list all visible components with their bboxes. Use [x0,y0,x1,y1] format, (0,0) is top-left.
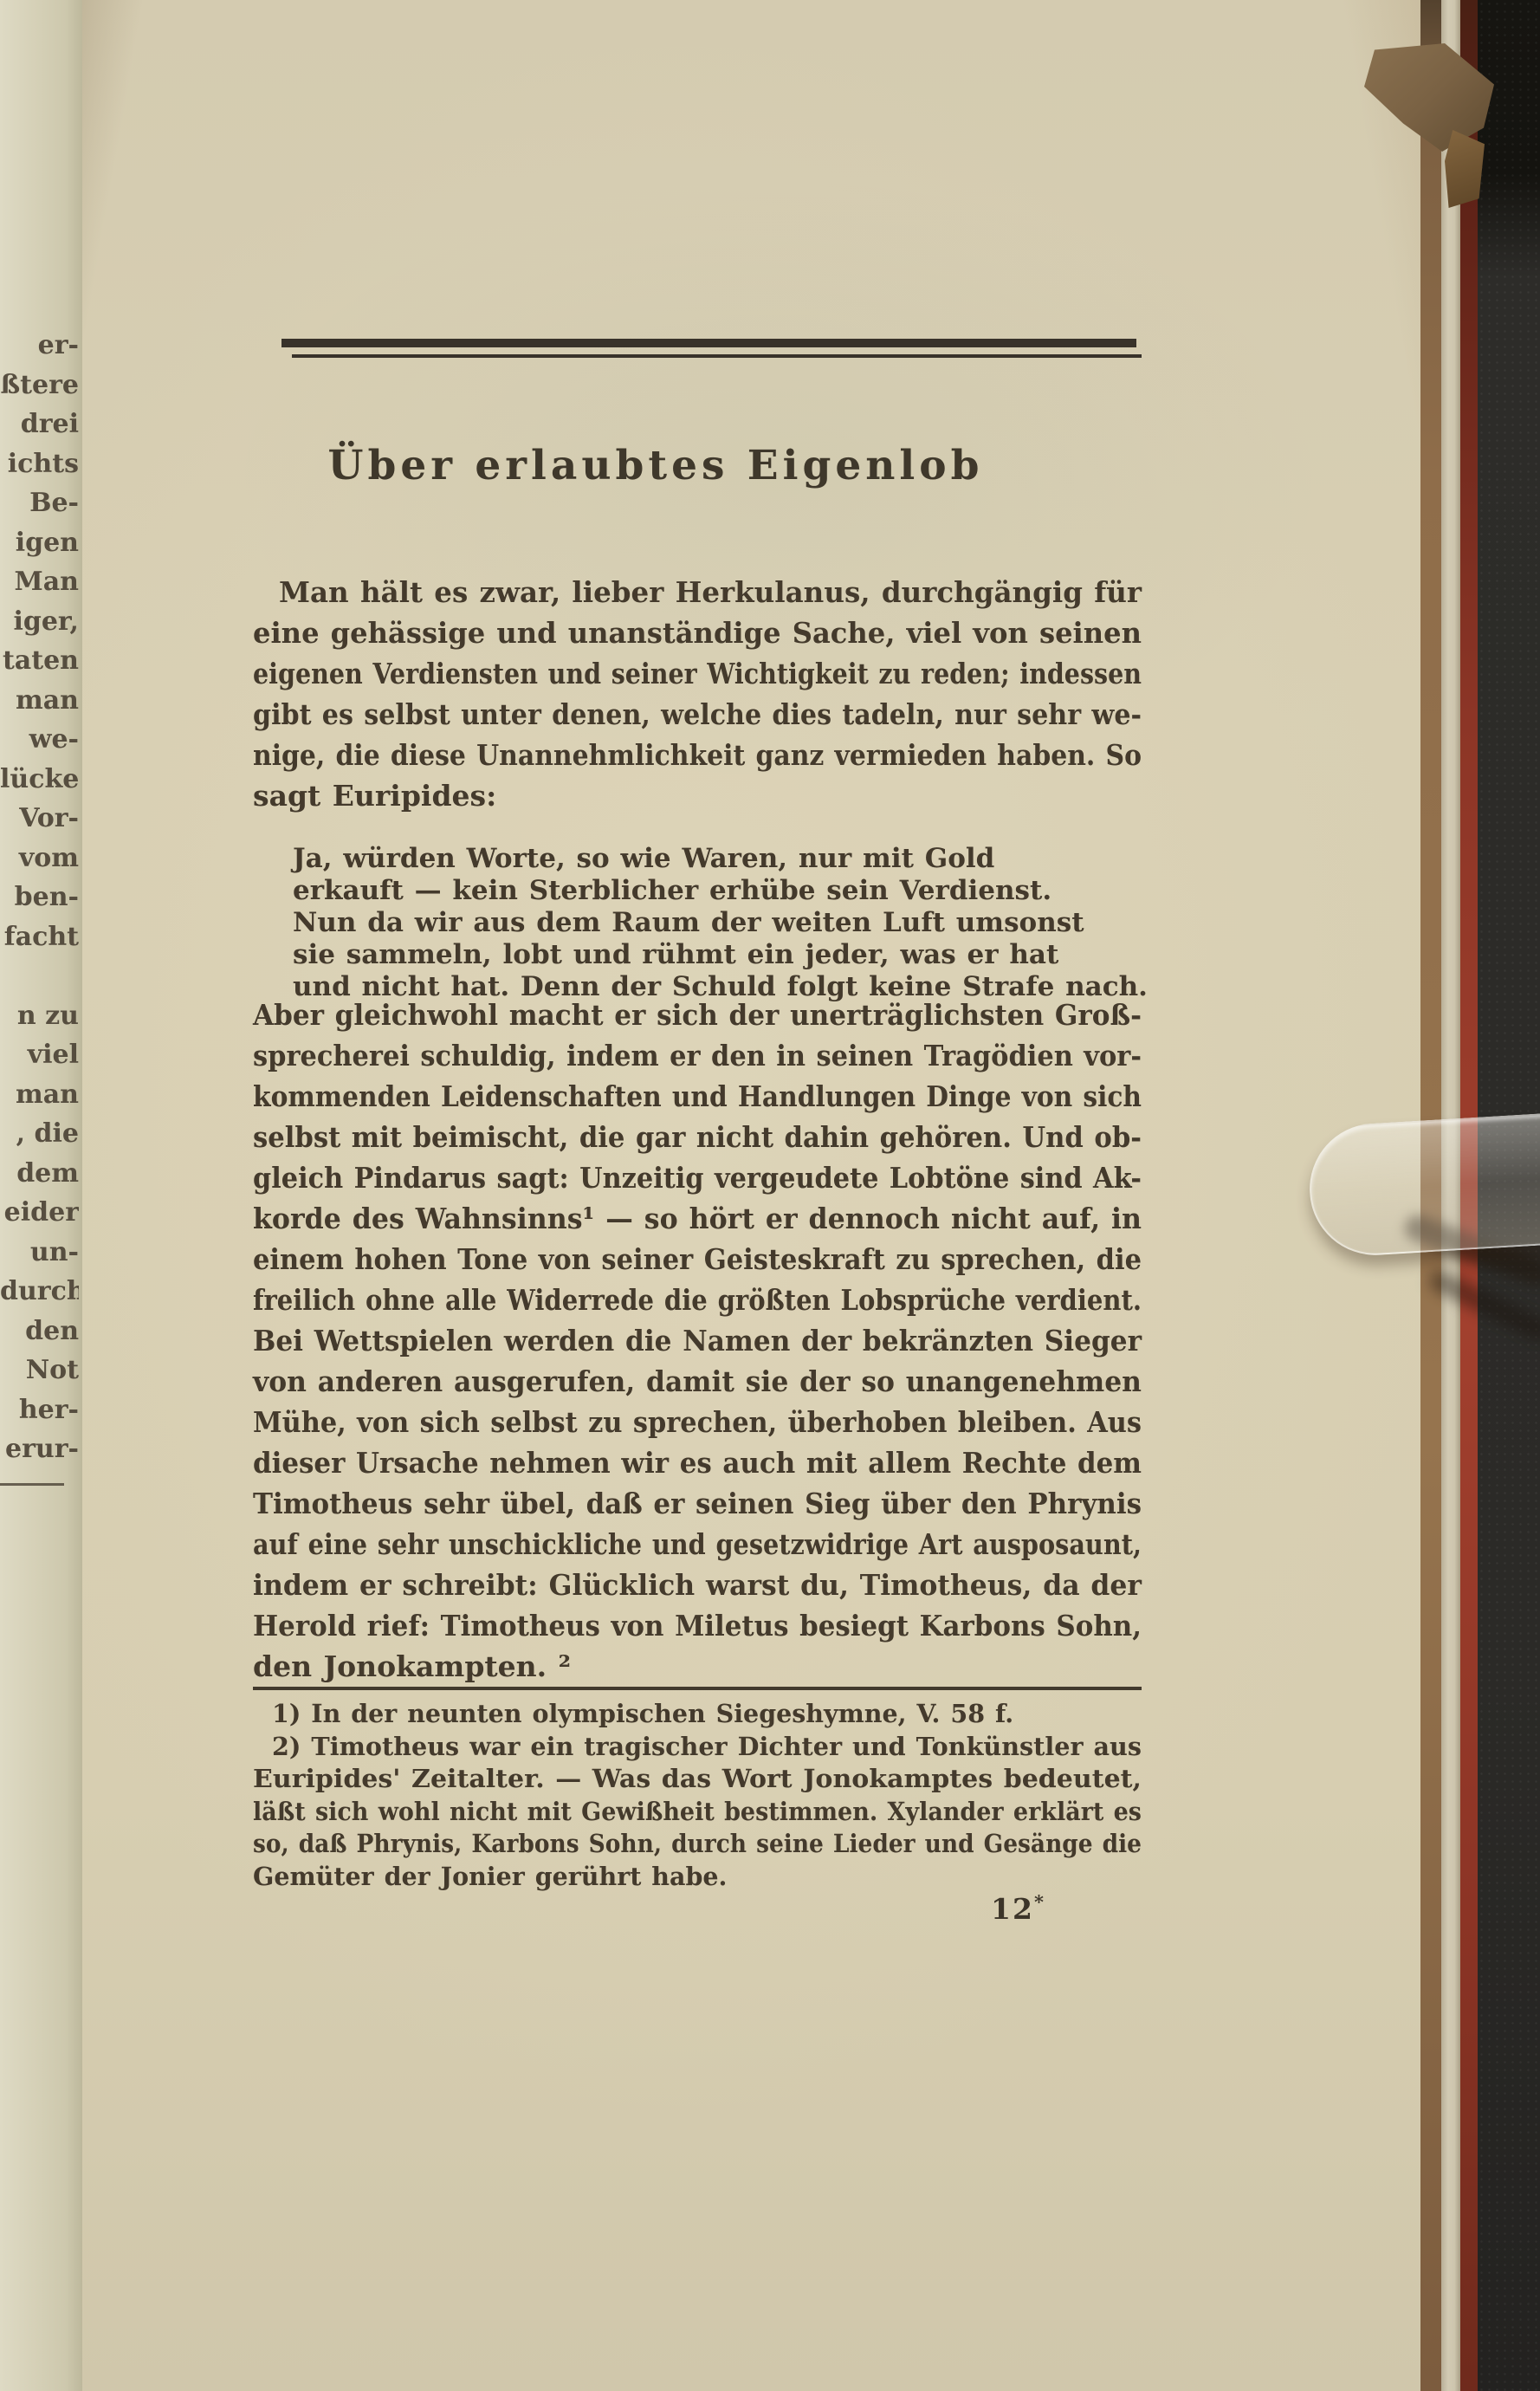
text-fragment: Man [0,562,79,602]
text-fragment: igen [0,523,79,563]
text-fragment: den [0,1312,79,1351]
text-line: 2) Timotheus war ein tragischer Dichter … [253,1731,1142,1764]
text-fragment: her- [0,1390,79,1430]
text-line: 1) In der neunten olympischen Siegeshymn… [253,1698,1142,1731]
text-line: Euripides' Zeitalter. — Was das Wort Jon… [253,1763,1142,1796]
text-fragment [0,956,79,996]
text-line: eine gehässige und unanständige Sache, v… [253,612,1142,653]
text-line: den Jonokampten. ² [253,1646,1142,1687]
text-fragment: , die [0,1114,79,1154]
text-line: Bei Wettspielen werden die Namen der bek… [253,1320,1142,1361]
signature-mark: 12* [991,1891,1045,1926]
verse-line: Ja, würden Worte, so wie Waren, nur mit … [253,843,1142,875]
text-fragment: we- [0,720,79,760]
text-fragment: erur- [0,1429,79,1469]
text-fragment: Not [0,1351,79,1390]
text-line: kommenden Leidenschaften und Handlungen … [253,1076,1142,1117]
text-fragment: un- [0,1233,79,1273]
text-line: korde des Wahnsinns¹ — so hört er dennoc… [253,1198,1142,1239]
text-line: sprecherei schuldig, indem er den in sei… [253,1035,1142,1076]
text-line: gibt es selbst unter denen, welche dies … [253,694,1142,735]
header-double-rule [253,339,1142,361]
rule-thick [281,339,1136,347]
text-line: Mühe, von sich selbst zu sprechen, überh… [253,1402,1142,1442]
text-line: so, daß Phrynis, Karbons Sohn, durch sei… [253,1828,1142,1861]
rule-thin [292,354,1142,358]
paragraph-1: Man hält es zwar, lieber Herkulanus, dur… [253,572,1142,816]
book-scan-photo: er-ßteredreiichtsBe-igenManiger,tatenman… [0,0,1540,2391]
footnote-1: 1) In der neunten olympischen Siegeshymn… [253,1698,1142,1731]
text-fragment: er- [0,326,79,366]
text-fragment: eider [0,1193,79,1233]
text-line: Gemüter der Jonier gerührt habe. [253,1861,1142,1894]
text-fragment: lücke [0,760,79,800]
text-fragment: Vor- [0,799,79,839]
facing-page-edge: er-ßteredreiichtsBe-igenManiger,tatenman… [0,0,82,2391]
text-line: von anderen ausgerufen, damit sie der so… [253,1361,1142,1402]
text-line: gleich Pindarus sagt: Unzeitig vergeudet… [253,1157,1142,1198]
text-fragment: durch [0,1272,79,1312]
verse-quote: Ja, würden Worte, so wie Waren, nur mit … [253,843,1142,1003]
text-fragment: viel [0,1035,79,1075]
text-fragment: ichts [0,444,79,484]
facing-page-text-fragments: er-ßteredreiichtsBe-igenManiger,tatenman… [0,326,79,1469]
text-fragment: Be- [0,483,79,523]
text-line: indem er schreibt: Glücklich warst du, T… [253,1565,1142,1605]
footnote-rule [253,1687,1142,1690]
book-page: Über erlaubtes Eigenlob Man hält es zwar… [82,0,1420,2391]
footnotes: 1) In der neunten olympischen Siegeshymn… [253,1698,1142,1893]
text-fragment: man [0,1075,79,1115]
text-fragment: ben- [0,878,79,917]
text-fragment: n zu [0,996,79,1036]
text-line: Aber gleichwohl macht er sich der unertr… [253,995,1142,1035]
footnote-2: 2) Timotheus war ein tragischer Dichter … [253,1731,1142,1894]
text-line: freilich ohne alle Widerrede die größten… [253,1280,1142,1320]
chapter-title: Über erlaubtes Eigenlob [211,442,1100,489]
plastic-page-holder [1306,1113,1540,1259]
text-line: nige, die diese Unannehmlichkeit ganz ve… [253,735,1142,775]
text-line: läßt sich wohl nicht mit Gewißheit besti… [253,1796,1142,1829]
text-line: Timotheus sehr übel, daß er seinen Sieg … [253,1483,1142,1524]
verse-line: erkauft — kein Sterblicher erhübe sein V… [253,875,1142,907]
text-line: auf eine sehr unschickliche und gesetzwi… [253,1524,1142,1565]
text-line: selbst mit beimischt, die gar nicht dahi… [253,1117,1142,1157]
text-line: einem hohen Tone von seiner Geisteskraft… [253,1239,1142,1280]
torn-paper-scrap-small [1445,130,1485,208]
text-line: Herold rief: Timotheus von Miletus besie… [253,1605,1142,1646]
text-fragment: ßtere [0,366,79,405]
verse-line: sie sammeln, lobt und rühmt ein jeder, w… [253,939,1142,971]
facing-footnote-rule [0,1483,64,1486]
text-fragment: taten [0,641,79,681]
text-fragment: vom [0,839,79,878]
verse-line: Nun da wir aus dem Raum der weiten Luft … [253,907,1142,939]
text-fragment: drei [0,405,79,444]
text-line: sagt Euripides: [253,775,1142,816]
text-line: Man hält es zwar, lieber Herkulanus, dur… [253,572,1142,612]
text-line: eigenen Verdiensten und seiner Wichtigke… [253,653,1142,694]
text-line: dieser Ursache nehmen wir es auch mit al… [253,1442,1142,1483]
text-fragment: iger, [0,602,79,642]
text-fragment: dem [0,1154,79,1194]
text-fragment: man [0,681,79,721]
paragraph-2: Aber gleichwohl macht er sich der unertr… [253,995,1142,1687]
text-fragment: facht [0,917,79,957]
